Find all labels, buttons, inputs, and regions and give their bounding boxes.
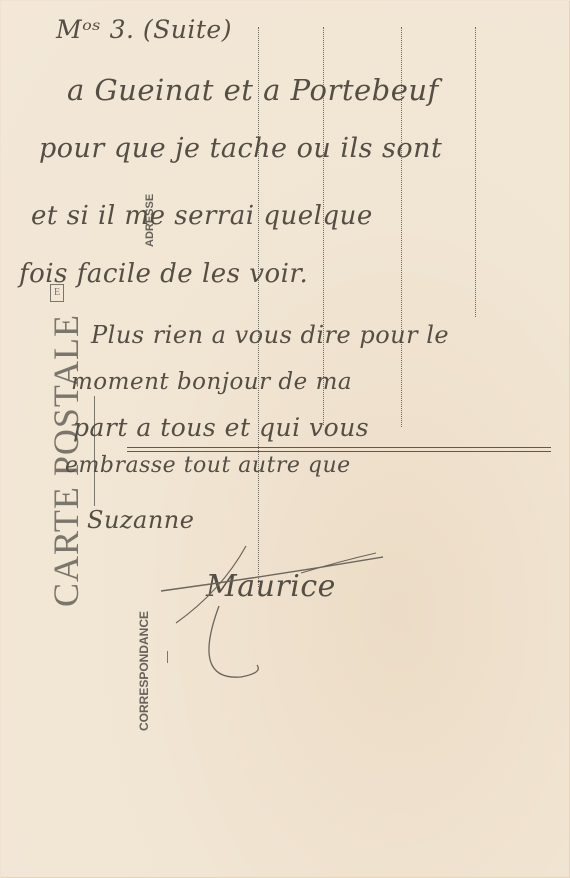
address-dotted-line	[258, 27, 259, 587]
handwritten-line: Plus rien a vous dire pour le	[91, 321, 449, 349]
handwritten-line: a Gueinat et a Portebeuf	[67, 73, 439, 107]
postcard-back: CARTE POSTALE ADRESSE CORRESPONDANCE E M…	[1, 1, 570, 878]
handwritten-line: part a tous et qui vous	[73, 413, 369, 442]
handwritten-line: embrasse tout autre que	[65, 453, 351, 478]
handwritten-line: moment bonjour de ma	[71, 369, 352, 395]
address-rule	[127, 451, 551, 452]
handwritten-line: Mᵒˢ 3. (Suite)	[56, 15, 232, 44]
handwritten-line: fois facile de les voir.	[19, 259, 308, 289]
signature: Maurice	[206, 569, 336, 604]
divider-tick	[167, 651, 168, 663]
address-dotted-line	[475, 27, 476, 317]
handwritten-line: pour que je tache ou ils sont	[39, 133, 442, 164]
correspondance-label: CORRESPONDANCE	[137, 611, 151, 731]
handwritten-line: Suzanne	[87, 506, 194, 534]
handwritten-line: et si il me serrai quelque	[31, 201, 373, 231]
address-rule	[127, 447, 551, 448]
